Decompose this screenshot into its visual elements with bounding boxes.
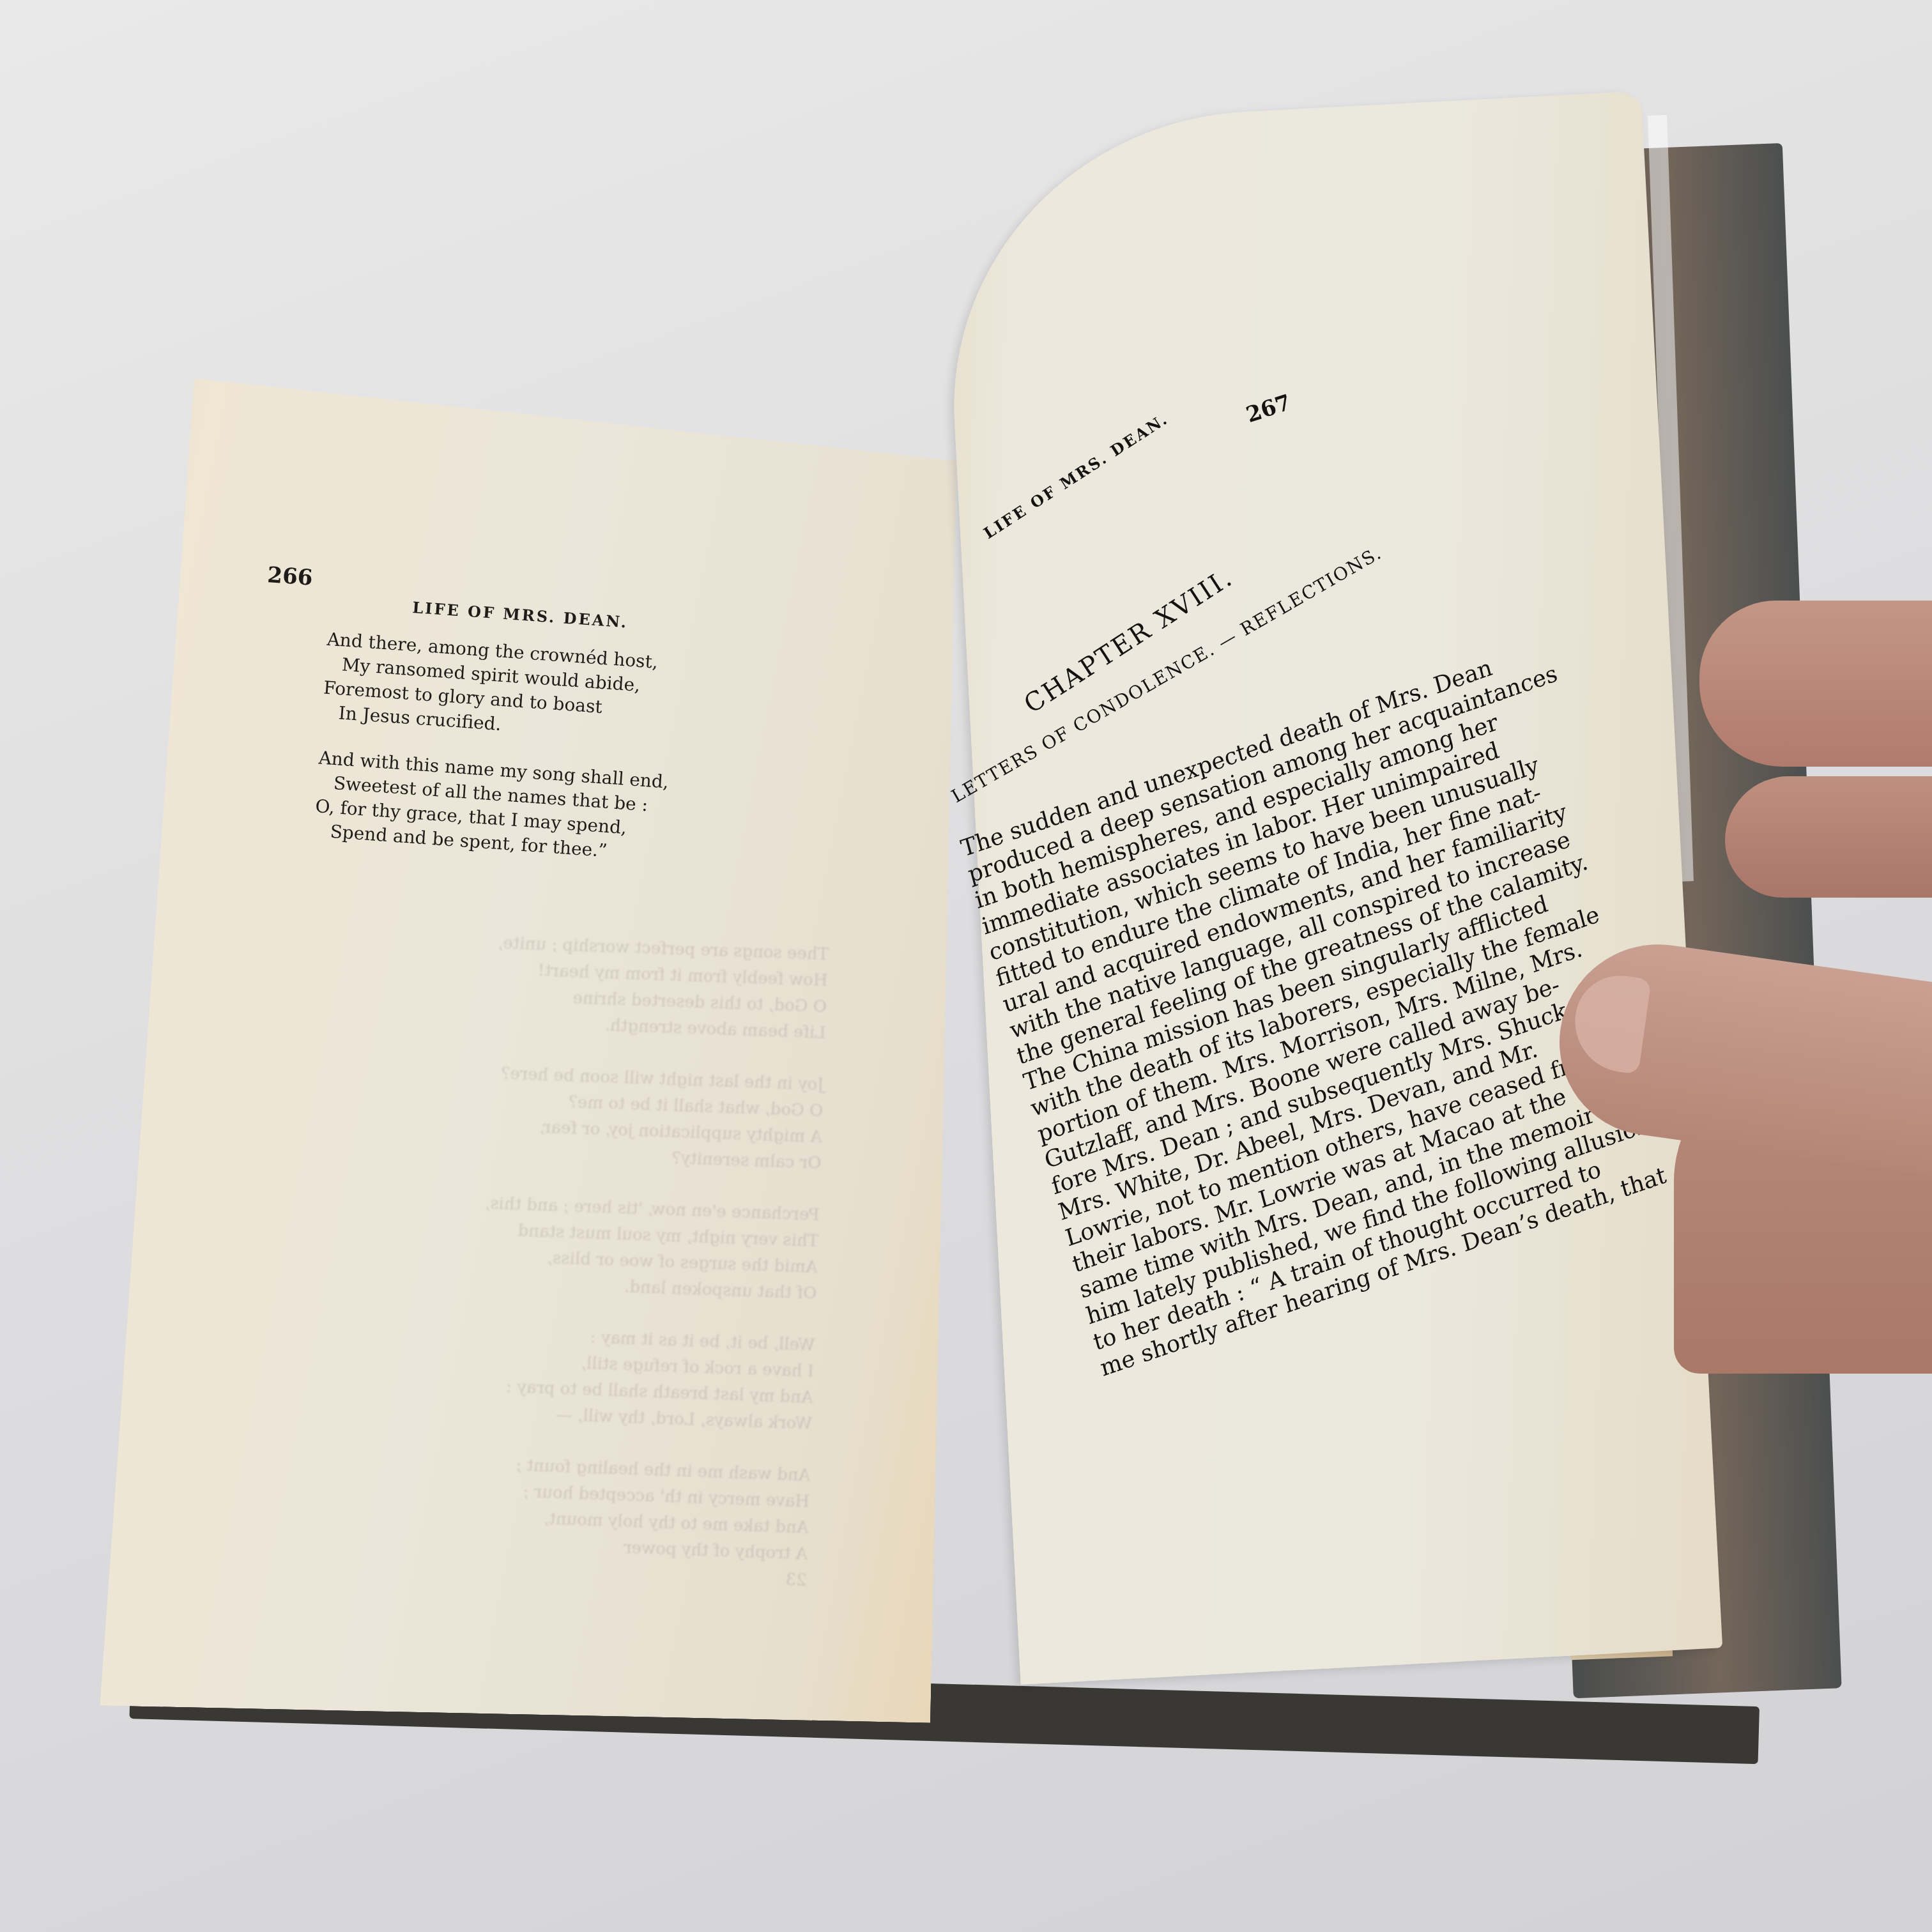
poem: And there, among the crownéd host, My ra…	[311, 627, 678, 889]
photo-scene: Thee songs are perfect worship ; unite,H…	[0, 0, 1932, 1932]
poem-stanza: And with this name my song shall end, Sw…	[313, 746, 670, 867]
hand-index-finger	[1699, 601, 1932, 767]
bleed-through-text: Thee songs are perfect worship ; unite,H…	[295, 924, 829, 1593]
hand-middle-finger	[1725, 776, 1932, 898]
page-number: 266	[266, 562, 314, 591]
